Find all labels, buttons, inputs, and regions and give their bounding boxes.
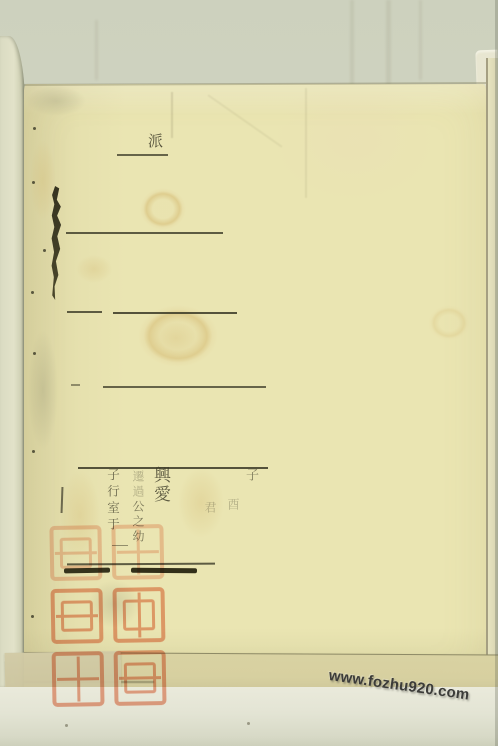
seal-right-column-glyphs xyxy=(109,522,168,713)
binding-hole xyxy=(31,615,34,618)
paper-crease xyxy=(171,92,173,138)
note-faint-prefix: 遷過 xyxy=(131,470,145,500)
facing-page-edge xyxy=(0,36,25,688)
header-character: 派 xyxy=(147,133,162,148)
seal-glyph xyxy=(47,523,104,583)
solo-child-character: 子 xyxy=(244,468,257,481)
scanned-genealogy-screenshot: 派 興愛 遷過公之幼 子行室于 子 酉 君 上海圖 書館藏 www.fozhu9… xyxy=(0,0,498,746)
rule-line xyxy=(117,154,168,156)
binding-hole xyxy=(32,181,35,184)
speck xyxy=(247,722,250,725)
backdrop-streak xyxy=(95,20,98,80)
rule-line xyxy=(103,386,266,388)
binding-hole xyxy=(33,127,36,130)
seal-glyph xyxy=(109,522,166,582)
binding-hole xyxy=(33,352,36,355)
rule-line xyxy=(71,384,80,386)
stain xyxy=(428,305,470,341)
rule-line xyxy=(66,232,223,234)
faint-character: 君 xyxy=(204,501,216,513)
seal-glyph xyxy=(48,586,105,646)
generation-names-column: 興愛 xyxy=(151,466,168,504)
backdrop-streak xyxy=(386,0,391,86)
stain xyxy=(30,140,56,220)
paper-crease xyxy=(305,88,307,198)
stain xyxy=(26,86,86,116)
library-collection-seal: 上海圖 書館藏 xyxy=(47,522,170,714)
seal-glyph xyxy=(112,648,169,708)
seal-left-column-glyphs xyxy=(47,523,106,714)
backdrop-streak xyxy=(419,0,422,80)
stain xyxy=(76,255,112,283)
seal-glyph xyxy=(50,649,107,709)
speck xyxy=(65,724,68,727)
binding-hole xyxy=(43,249,46,252)
binding-hole xyxy=(32,450,35,453)
stain xyxy=(140,188,186,230)
rule-line xyxy=(67,311,102,313)
faint-character: 酉 xyxy=(227,498,239,510)
stain xyxy=(178,468,224,538)
stain xyxy=(28,330,58,450)
rule-line xyxy=(113,312,237,314)
backdrop-streak xyxy=(350,0,354,86)
binding-hole xyxy=(31,291,34,294)
stain xyxy=(150,318,202,358)
seal-glyph xyxy=(110,585,167,645)
